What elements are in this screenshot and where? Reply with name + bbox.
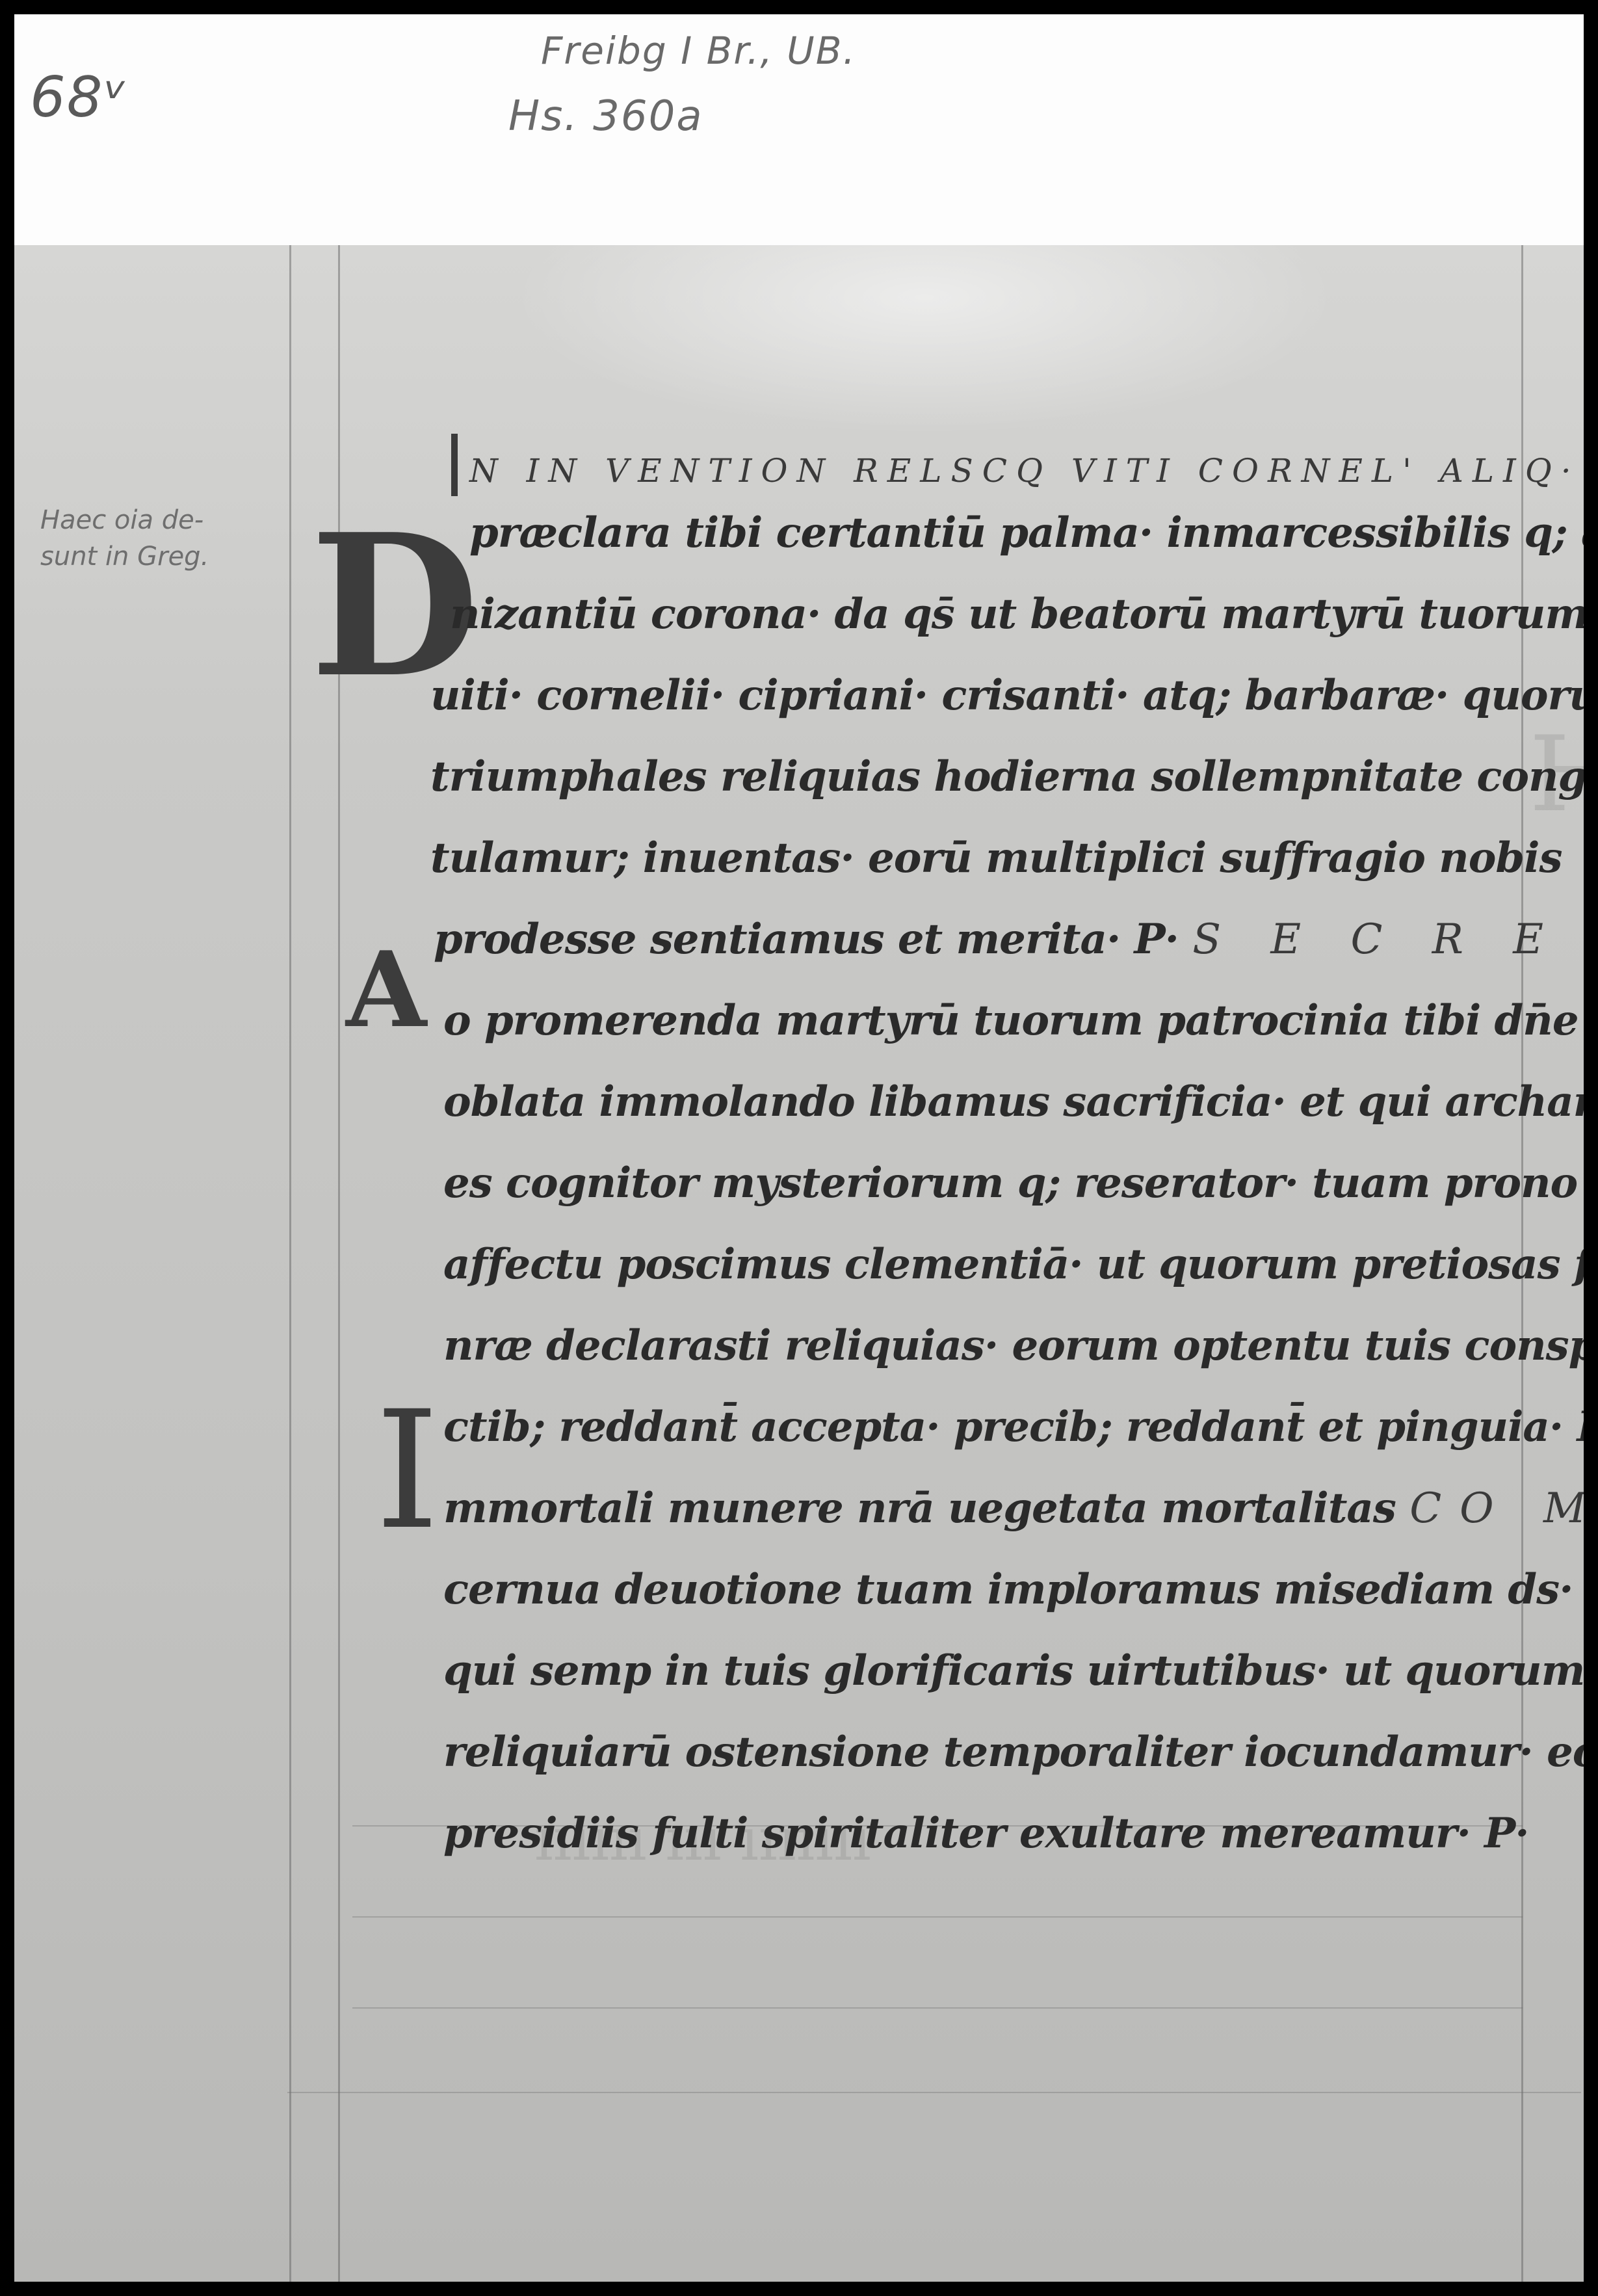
library-name: Freibg I Br., UB.: [541, 29, 856, 73]
photo-frame: 68ᵛ Freibg I Br., UB. Hs. 360a ıııııı ıı…: [14, 14, 1584, 2282]
secreta-heading: S E C R E T A: [1192, 916, 1584, 964]
text-line: cernua deuotione tuam imploramus misedia…: [443, 1565, 1573, 1614]
rubric-initial-i: [451, 434, 458, 496]
ruling-line: [352, 2007, 1523, 2009]
text-line: uiti· cornelii· cipriani· crisanti· atq;…: [430, 671, 1584, 720]
text-line: præclara tibi certantiū palma· inmarcess…: [469, 508, 1584, 557]
initial-i: I: [375, 1390, 439, 1552]
text-line: nizantiū corona· da qs̄ ut beatorū marty…: [450, 590, 1584, 639]
text-line: o promerenda martyrū tuorum patrocinia t…: [443, 996, 1578, 1045]
text-line: mmortali munere nrā uegetata mortalitas …: [443, 1484, 1584, 1533]
text-line: affectu poscimus clementiā· ut quorum pr…: [443, 1240, 1584, 1289]
text-line: nræ declarasti reliquias· eorum optentu …: [443, 1321, 1584, 1370]
manuscript-page: ıııııı ııı ııııııı H Haec oia de- sunt i…: [14, 245, 1584, 2282]
text-line: triumphales reliquias hodierna sollempni…: [430, 752, 1584, 801]
margin-note-line2: sunt in Greg.: [40, 538, 209, 575]
text-line: tulamur; inuentas· eorū multiplici suffr…: [430, 834, 1562, 882]
shelfmark: Hs. 360a: [508, 92, 703, 140]
initial-a: A: [346, 938, 426, 1042]
text-line: reliquiarū ostensione temporaliter iocun…: [443, 1728, 1584, 1776]
text-line: prodesse sentiamus et merita· P· S E C R…: [434, 915, 1584, 964]
text-line: qui semp in tuis glorificaris uirtutibus…: [443, 1646, 1584, 1695]
margin-note-line1: Haec oia de-: [40, 502, 209, 538]
ruling-line: [352, 1916, 1523, 1918]
text-line: oblata immolando libamus sacrificia· et …: [443, 1077, 1584, 1126]
text-line: es cognitor mysteriorum q; reserator· tu…: [443, 1159, 1584, 1207]
ruling-line: [287, 2092, 1581, 2093]
text-segment: mmortali munere nrā uegetata mortalitas: [443, 1484, 1409, 1533]
communio-heading: CO M: [1409, 1484, 1584, 1533]
archive-label: 68ᵛ Freibg I Br., UB. Hs. 360a: [14, 14, 1584, 245]
folio-number: 68ᵛ: [30, 65, 128, 130]
text-segment: prodesse sentiamus et merita· P·: [434, 915, 1192, 964]
ruling-left-outer: [289, 245, 291, 2282]
text-line: presidiis fulti spiritaliter exultare me…: [443, 1809, 1529, 1858]
text-line: ctib; reddant̄ accepta· precib; reddant̄…: [443, 1403, 1584, 1451]
rubric-heading: N IN VENTION RELSCQ VITI CORNEL' ALIQ·: [469, 452, 1580, 490]
margin-note: Haec oia de- sunt in Greg.: [40, 502, 209, 575]
